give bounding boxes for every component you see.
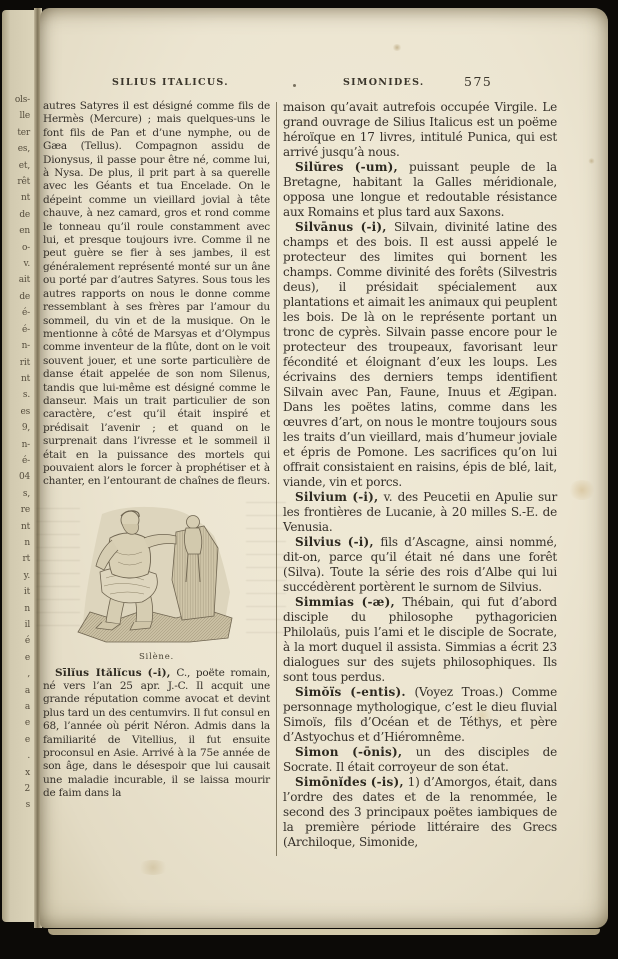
entry-body: Silvain, divinité latine des champs et d…: [283, 220, 557, 489]
page-number: 575: [464, 74, 492, 89]
running-title-left: SILIUS ITALICUS.: [112, 77, 229, 88]
entry-headword: Silŭres: [295, 160, 344, 174]
entry-headword: Silvānus: [295, 220, 353, 234]
entry-inflection: (-i),: [361, 220, 387, 234]
silenus-article-continuation: autres Satyres il est désigné comme fils…: [43, 100, 270, 489]
entry-body: C., poëte romain, né vers l’an 25 apr. J…: [43, 667, 270, 800]
age-stain: [568, 480, 596, 500]
entry-silures: Silŭres (-um), puissant peuple de la Bre…: [283, 160, 557, 220]
entry-headword: Silvium: [295, 490, 347, 504]
scanned-book-page-photo: ols- lle ter es, et, rêt nt de en o- v. …: [0, 0, 618, 959]
entry-inflection: (-entis).: [350, 685, 406, 699]
entry-headword: Sīlĭus Itălĭcus: [55, 667, 142, 679]
entry-headword: Simŏïs: [295, 685, 341, 699]
previous-page-edge: ols- lle ter es, et, rêt nt de en o- v. …: [2, 10, 34, 922]
age-stain: [588, 158, 595, 164]
entry-silius-italicus: Sīlĭus Itălĭcus (-i), C., poëte romain, …: [43, 667, 270, 801]
figure-caption: Silène.: [66, 651, 248, 664]
age-stain: [392, 44, 402, 51]
left-column: autres Satyres il est désigné comme fils…: [43, 100, 270, 801]
entry-inflection: (-i),: [148, 667, 171, 679]
silenus-figure: Silène.: [66, 496, 248, 665]
ink-bleed-through: [246, 502, 286, 634]
entry-simon: Simon (-ōnis), un des disciples de Socra…: [283, 745, 557, 775]
entry-inflection: (-is),: [371, 775, 404, 789]
entry-inflection: (-æ),: [362, 595, 395, 609]
entry-simmias: Simmias (-æ), Thébain, qui fut d’abord d…: [283, 595, 557, 685]
entry-silvanus: Silvānus (-i), Silvain, divinité latine …: [283, 220, 557, 490]
entry-simonides: Simōnĭdes (-is), 1) d’Amorgos, était, da…: [283, 775, 557, 850]
entry-inflection: (-i),: [352, 490, 378, 504]
underlying-pages-edge: [48, 929, 600, 935]
running-title-right: SIMONIDES.: [343, 77, 425, 88]
entry-inflection: (-um),: [355, 160, 398, 174]
entry-headword: Simmias: [295, 595, 354, 609]
entry-silvius: Silvius (-i), fils d’Ascagne, ainsi nomm…: [283, 535, 557, 595]
silius-article-continuation: maison qu’avait autrefois occupée Virgil…: [283, 100, 557, 160]
entry-simois: Simŏïs (-entis). (Voyez Troas.) Comme pe…: [283, 685, 557, 745]
silenus-statue-engraving: [72, 496, 242, 644]
previous-page-line-fragments: ols- lle ter es, et, rêt nt de en o- v. …: [2, 10, 34, 814]
entry-inflection: (-ōnis),: [352, 745, 402, 759]
dictionary-page: SILIUS ITALICUS. SIMONIDES. 575 autres S…: [40, 8, 608, 928]
entry-inflection: (-i),: [348, 535, 374, 549]
entry-headword: Silvius: [295, 535, 341, 549]
age-stain: [136, 860, 170, 875]
entry-headword: Simon: [295, 745, 339, 759]
column-divider-rule: [276, 102, 277, 856]
entry-headword: Simōnĭdes: [295, 775, 367, 789]
right-column: maison qu’avait autrefois occupée Virgil…: [283, 100, 557, 850]
header-ornament-dot: [293, 84, 296, 87]
entry-silvium: Silvium (-i), v. des Peucetii en Apulie …: [283, 490, 557, 535]
